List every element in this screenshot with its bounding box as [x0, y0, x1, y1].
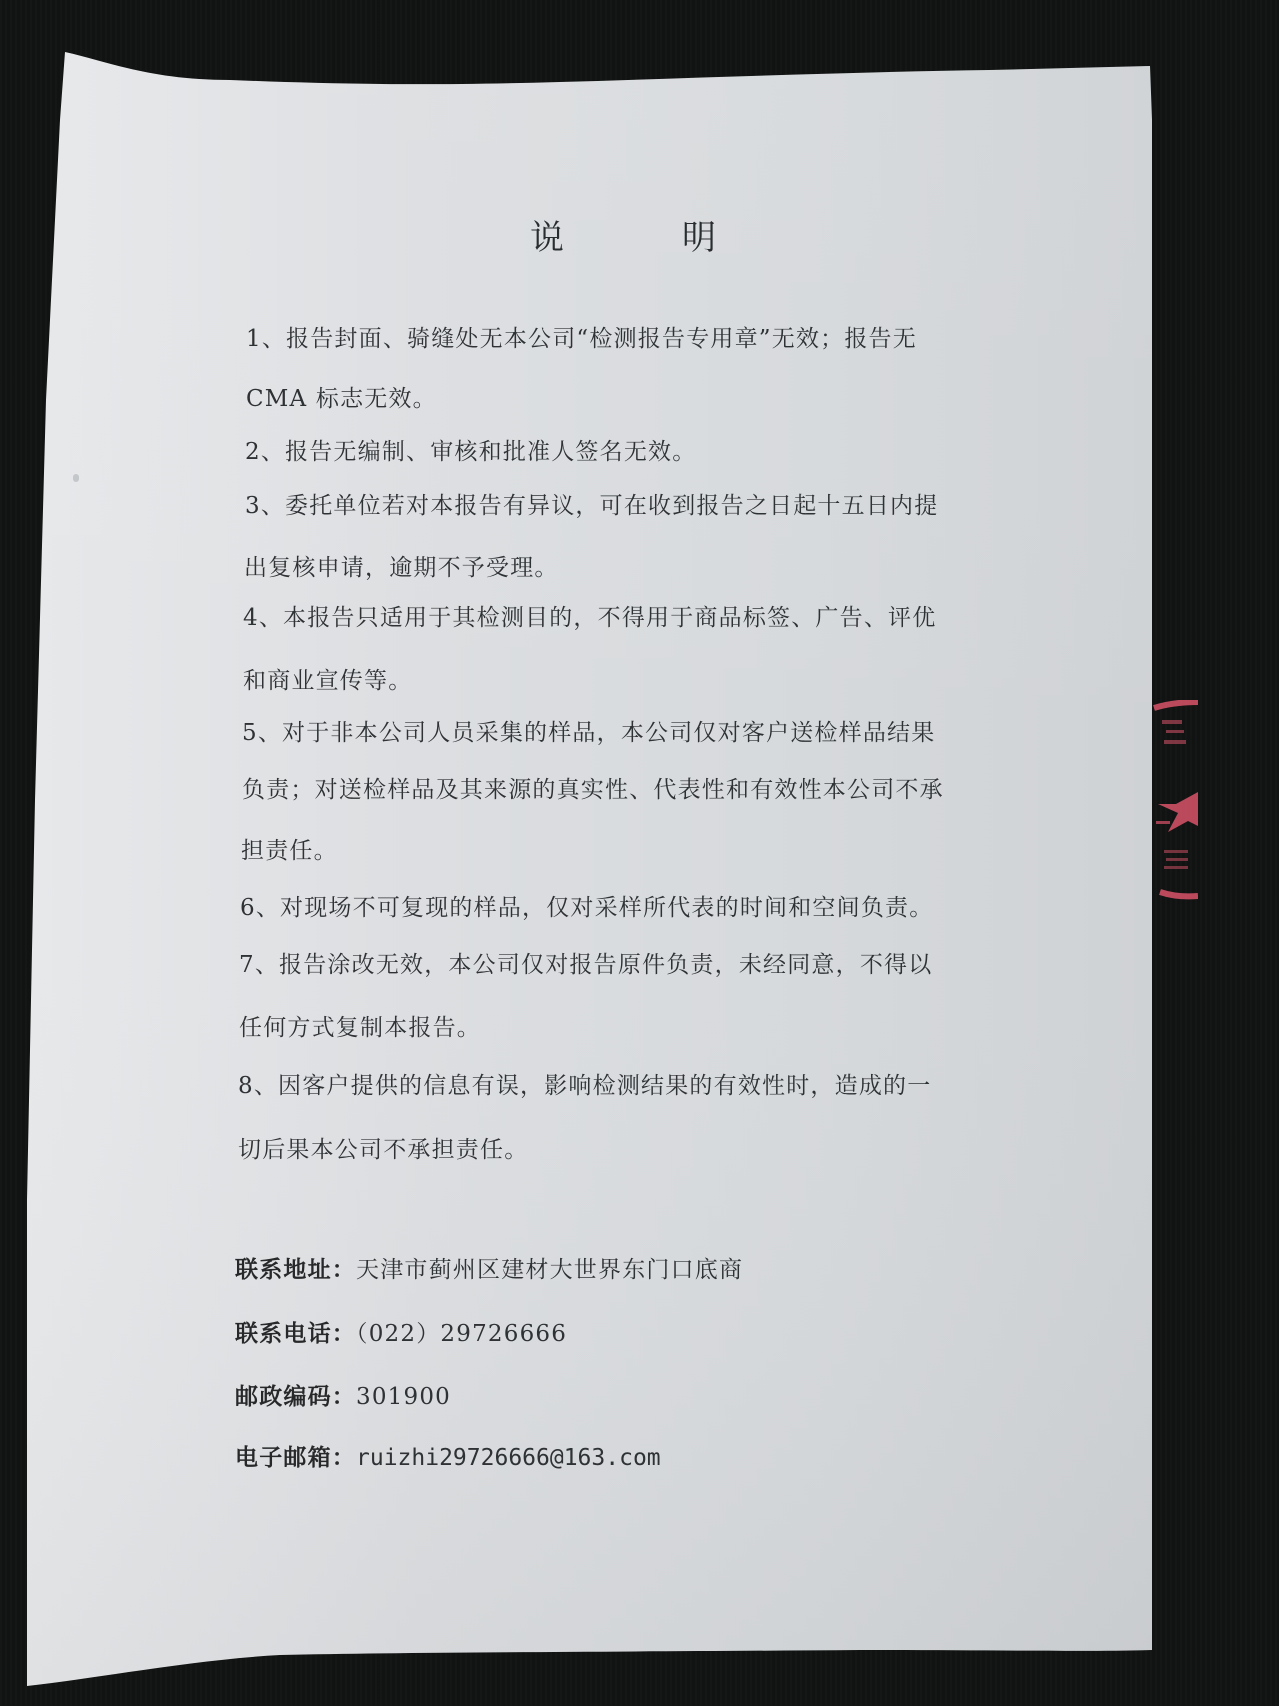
contact-phone: 联系电话：（022）29726666 [235, 1315, 567, 1348]
seal-stamp-partial [1150, 700, 1198, 900]
item-7-line-1: 7、报告涂改无效，本公司仅对报告原件负责，未经同意，不得以 [239, 946, 932, 979]
item-4-line-2: 和商业宣传等。 [243, 662, 412, 695]
address-label: 联系地址： [235, 1256, 356, 1283]
contact-address: 联系地址：天津市蓟州区建材大世界东门口底商 [235, 1251, 743, 1284]
red-seal-icon [1150, 700, 1198, 900]
item-2-line-1: 2、报告无编制、审核和批准人签名无效。 [245, 433, 696, 466]
item-1-line-1: 1、报告封面、骑缝处无本公司“检测报告专用章”无效；报告无 [246, 320, 917, 353]
title-char-1: 说 [530, 210, 564, 259]
postcode-value: 301900 [356, 1384, 451, 1410]
contact-postcode: 邮政编码：301900 [235, 1378, 451, 1411]
punch-mark [73, 474, 79, 482]
item-3-line-1: 3、委托单位若对本报告有异议，可在收到报告之日起十五日内提 [245, 487, 938, 520]
email-value: ruizhi29726666@163.com [356, 1445, 661, 1471]
item-5-line-1: 5、对于非本公司人员采集的样品，本公司仅对客户送检样品结果 [242, 714, 935, 747]
item-3-line-2: 出复核申请，逾期不予受理。 [244, 549, 559, 582]
phone-label: 联系电话： [235, 1320, 356, 1347]
item-8-line-2: 切后果本公司不承担责任。 [238, 1131, 528, 1164]
item-7-line-2: 任何方式复制本报告。 [239, 1009, 481, 1042]
contact-email: 电子邮箱：ruizhi29726666@163.com [235, 1439, 661, 1472]
phone-value: （022）29726666 [356, 1321, 567, 1347]
item-5-line-3: 担责任。 [241, 832, 338, 865]
email-label: 电子邮箱： [235, 1444, 356, 1471]
title-char-2: 明 [682, 210, 716, 259]
paper-sheet: 说明 1、报告封面、骑缝处无本公司“检测报告专用章”无效；报告无 CMA 标志无… [0, 0, 1279, 1706]
item-5-line-2: 负责；对送检样品及其来源的真实性、代表性和有效性本公司不承 [242, 771, 944, 804]
item-1-line-2: CMA 标志无效。 [246, 380, 437, 413]
item-4-line-1: 4、本报告只适用于其检测目的，不得用于商品标签、广告、评优 [243, 599, 936, 632]
address-value: 天津市蓟州区建材大世界东门口底商 [356, 1257, 743, 1283]
page-title: 说明 [530, 210, 716, 259]
item-6-line-1: 6、对现场不可复现的样品，仅对采样所代表的时间和空间负责。 [240, 889, 933, 922]
postcode-label: 邮政编码： [235, 1383, 356, 1410]
item-8-line-1: 8、因客户提供的信息有误，影响检测结果的有效性时，造成的一 [238, 1067, 931, 1100]
